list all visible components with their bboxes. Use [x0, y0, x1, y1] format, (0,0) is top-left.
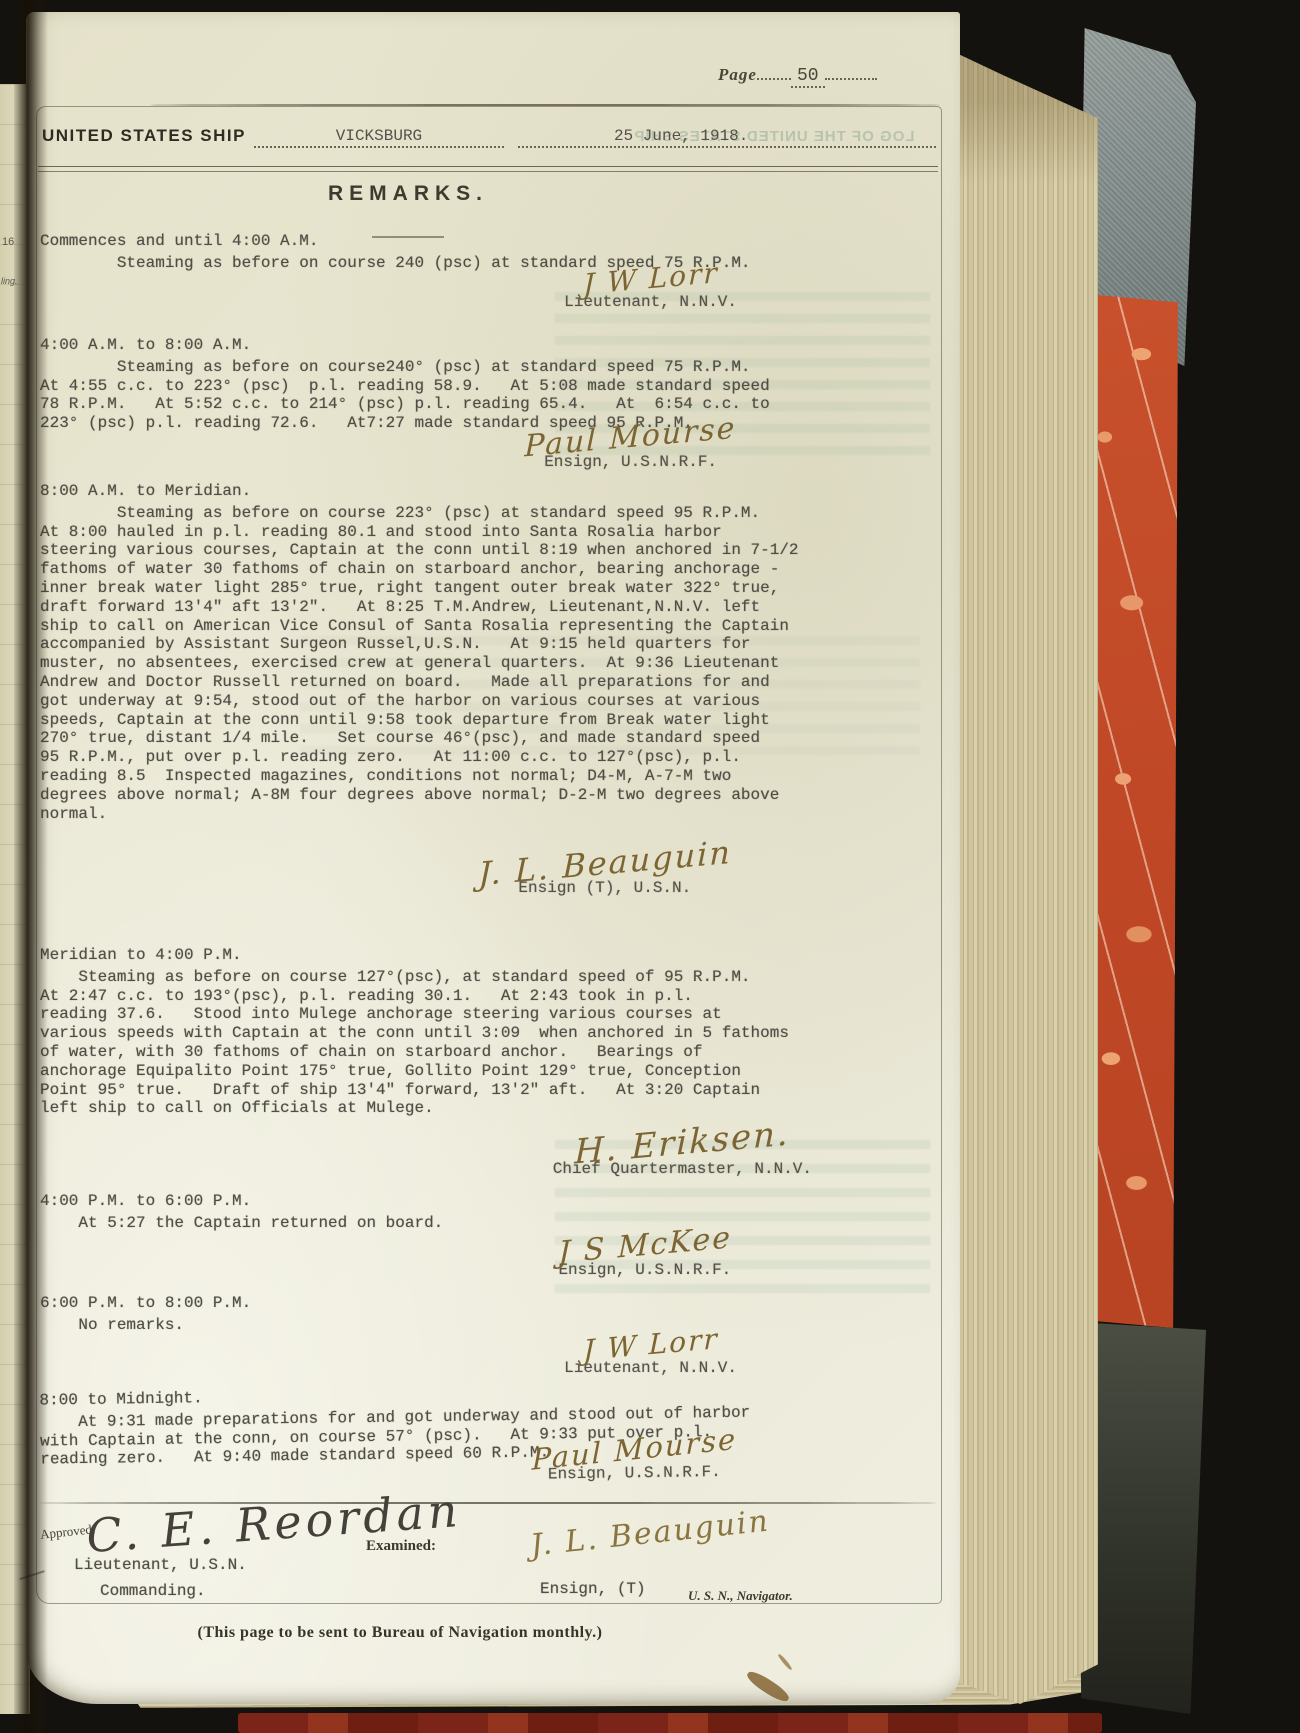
- ship-header-row: UNITED STATES SHIP VICKSBURG 25 June, 19…: [42, 126, 936, 148]
- signature-block: H. Eriksen. Chief Quartermaster, N.N.V.: [553, 1126, 812, 1178]
- watch-period-header: 6:00 P.M. to 8:00 P.M.: [40, 1294, 832, 1313]
- watch-period-header: Meridian to 4:00 P.M.: [40, 946, 832, 965]
- dotted-line: [825, 64, 877, 80]
- watch-period-header: 8:00 A.M. to Meridian.: [40, 482, 832, 501]
- commanding-officer-rank: Lieutenant, U.S.N.: [74, 1556, 247, 1575]
- page-number-field: Page50: [718, 64, 877, 86]
- page-label: Page: [718, 65, 757, 84]
- signature-block: J. L. Beauguin Ensign (T), U.S.N.: [478, 847, 732, 897]
- double-rule: [38, 166, 938, 172]
- commanding-officer-title: Commanding.: [100, 1582, 206, 1601]
- navigator-note: U. S. N., Navigator.: [688, 1588, 793, 1604]
- signature-block: Paul Mourse Ensign, U.S.N.R.F.: [524, 423, 737, 471]
- log-section: 4:00 A.M. to 8:00 A.M. Steaming as befor…: [40, 336, 832, 471]
- log-date-field: 25 June, 1918.: [518, 127, 936, 148]
- ship-name-field: VICKSBURG: [254, 127, 504, 148]
- bureau-note: (This page to be sent to Bureau of Navig…: [20, 1624, 780, 1642]
- signature-block: J W Lorr Lieutenant, N.N.V.: [564, 265, 737, 311]
- page-content: LOG OF THE UNITED STATES SHIP Page50 UNI…: [0, 0, 1300, 1733]
- examined-label: Examined:: [366, 1538, 436, 1555]
- signature-block: Paul Mourse Ensign, U.S.N.R.F.: [531, 1434, 738, 1484]
- paper-stain: [744, 1668, 791, 1705]
- log-section: 8:00 A.M. to Meridian. Steaming as befor…: [40, 482, 832, 897]
- page-number: 50: [791, 66, 825, 88]
- log-section: 8:00 to Midnight. At 9:31 made preparati…: [39, 1380, 832, 1490]
- dotted-line: [757, 64, 791, 80]
- signature-block: J W Lorr Lieutenant, N.N.V.: [564, 1331, 737, 1377]
- ship-label: UNITED STATES SHIP: [42, 126, 246, 148]
- log-section: 4:00 P.M. to 6:00 P.M. At 5:27 the Capta…: [40, 1192, 832, 1279]
- watch-period-header: 4:00 P.M. to 6:00 P.M.: [40, 1192, 832, 1211]
- remarks-title: REMARKS.: [38, 182, 778, 206]
- log-entry-text: Steaming as before on course 127°(psc), …: [40, 968, 832, 1118]
- log-section: Commences and until 4:00 A.M. Steaming a…: [40, 232, 832, 311]
- watch-period-header: 4:00 A.M. to 8:00 A.M.: [40, 336, 832, 355]
- log-section: 6:00 P.M. to 8:00 P.M. No remarks. J W L…: [40, 1294, 832, 1377]
- watch-period-header: Commences and until 4:00 A.M.: [40, 232, 832, 251]
- log-entry-text: Steaming as before on course 223° (psc) …: [40, 504, 832, 824]
- navigator-rank: Ensign, (T): [540, 1580, 646, 1599]
- signature-block: J S McKee Ensign, U.S.N.R.F.: [558, 1231, 732, 1279]
- log-section: Meridian to 4:00 P.M. Steaming as before…: [40, 946, 832, 1178]
- paper-stain: [777, 1653, 793, 1671]
